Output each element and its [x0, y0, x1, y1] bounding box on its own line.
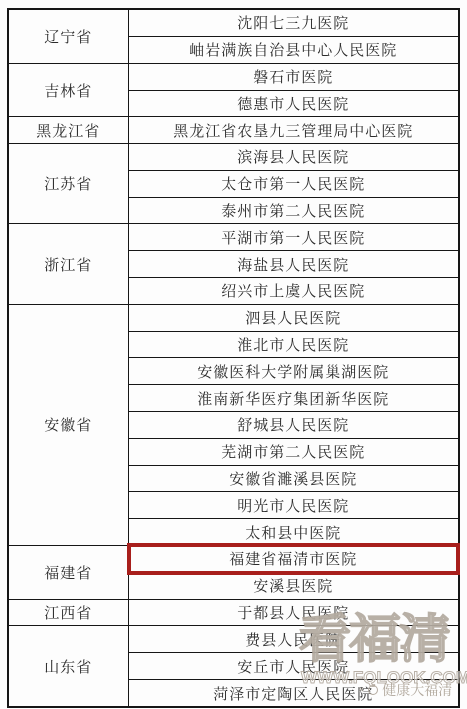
province-cell: 黑龙江省 — [8, 117, 128, 144]
hospital-table: 辽宁省 沈阳七三九医院 岫岩满族自治县中心人民医院 吉林省 磐石市医院 德惠市人… — [7, 8, 460, 708]
table-row: 黑龙江省 黑龙江省农垦九三管理局中心医院 — [8, 117, 459, 144]
page: 辽宁省 沈阳七三九医院 岫岩满族自治县中心人民医院 吉林省 磐石市医院 德惠市人… — [0, 0, 467, 709]
province-cell: 辽宁省 — [8, 9, 128, 63]
table-row: 江苏省 滨海县人民医院 — [8, 144, 459, 171]
hospital-cell: 明光市人民医院 — [128, 492, 459, 519]
province-cell: 吉林省 — [8, 63, 128, 117]
hospital-cell: 安丘市人民医院 — [128, 653, 459, 680]
hospital-cell: 于都县人民医院 — [128, 599, 459, 626]
hospital-cell: 滨海县人民医院 — [128, 144, 459, 171]
hospital-cell: 安徽医科大学附属巢湖医院 — [128, 358, 459, 385]
hospital-cell: 芜湖市第二人民医院 — [128, 438, 459, 465]
hospital-cell: 太仓市第一人民医院 — [128, 170, 459, 197]
province-cell: 福建省 — [8, 546, 128, 600]
table-row: 辽宁省 沈阳七三九医院 — [8, 9, 459, 36]
hospital-cell: 磐石市医院 — [128, 63, 459, 90]
hospital-cell: 德惠市人民医院 — [128, 90, 459, 117]
table-row: 吉林省 磐石市医院 — [8, 63, 459, 90]
hospital-cell: 泰州市第二人民医院 — [128, 197, 459, 224]
hospital-cell: 菏泽市定陶区人民医院 — [128, 680, 459, 707]
hospital-cell: 费县人民医院 — [128, 626, 459, 653]
province-cell: 江苏省 — [8, 144, 128, 224]
hospital-cell: 泗县人民医院 — [128, 304, 459, 331]
table-row: 浙江省 平湖市第一人民医院 — [8, 224, 459, 251]
highlighted-hospital-label: 福建省福清市医院 — [229, 552, 357, 568]
table-row: 江西省 于都县人民医院 — [8, 599, 459, 626]
table-row: 山东省 费县人民医院 — [8, 626, 459, 653]
hospital-cell: 淮南新华医疗集团新华医院 — [128, 385, 459, 412]
table-row: 安徽省 泗县人民医院 — [8, 304, 459, 331]
hospital-cell: 绍兴市上虞人民医院 — [128, 278, 459, 305]
hospital-cell: 沈阳七三九医院 — [128, 9, 459, 36]
hospital-cell: 安徽省濉溪县医院 — [128, 465, 459, 492]
province-cell: 江西省 — [8, 599, 128, 626]
province-cell: 山东省 — [8, 626, 128, 707]
hospital-cell: 黑龙江省农垦九三管理局中心医院 — [128, 117, 459, 144]
hospital-cell: 舒城县人民医院 — [128, 412, 459, 439]
hospital-cell: 安溪县医院 — [128, 572, 459, 599]
hospital-cell: 太和县中医院 — [128, 519, 459, 546]
province-cell: 安徽省 — [8, 304, 128, 545]
hospital-cell: 岫岩满族自治县中心人民医院 — [128, 36, 459, 63]
hospital-cell: 淮北市人民医院 — [128, 331, 459, 358]
hospital-cell-highlighted: 福建省福清市医院 — [128, 546, 459, 573]
table-row: 福建省 福建省福清市医院 — [8, 546, 459, 573]
province-cell: 浙江省 — [8, 224, 128, 304]
hospital-cell: 海盐县人民医院 — [128, 251, 459, 278]
hospital-cell: 平湖市第一人民医院 — [128, 224, 459, 251]
